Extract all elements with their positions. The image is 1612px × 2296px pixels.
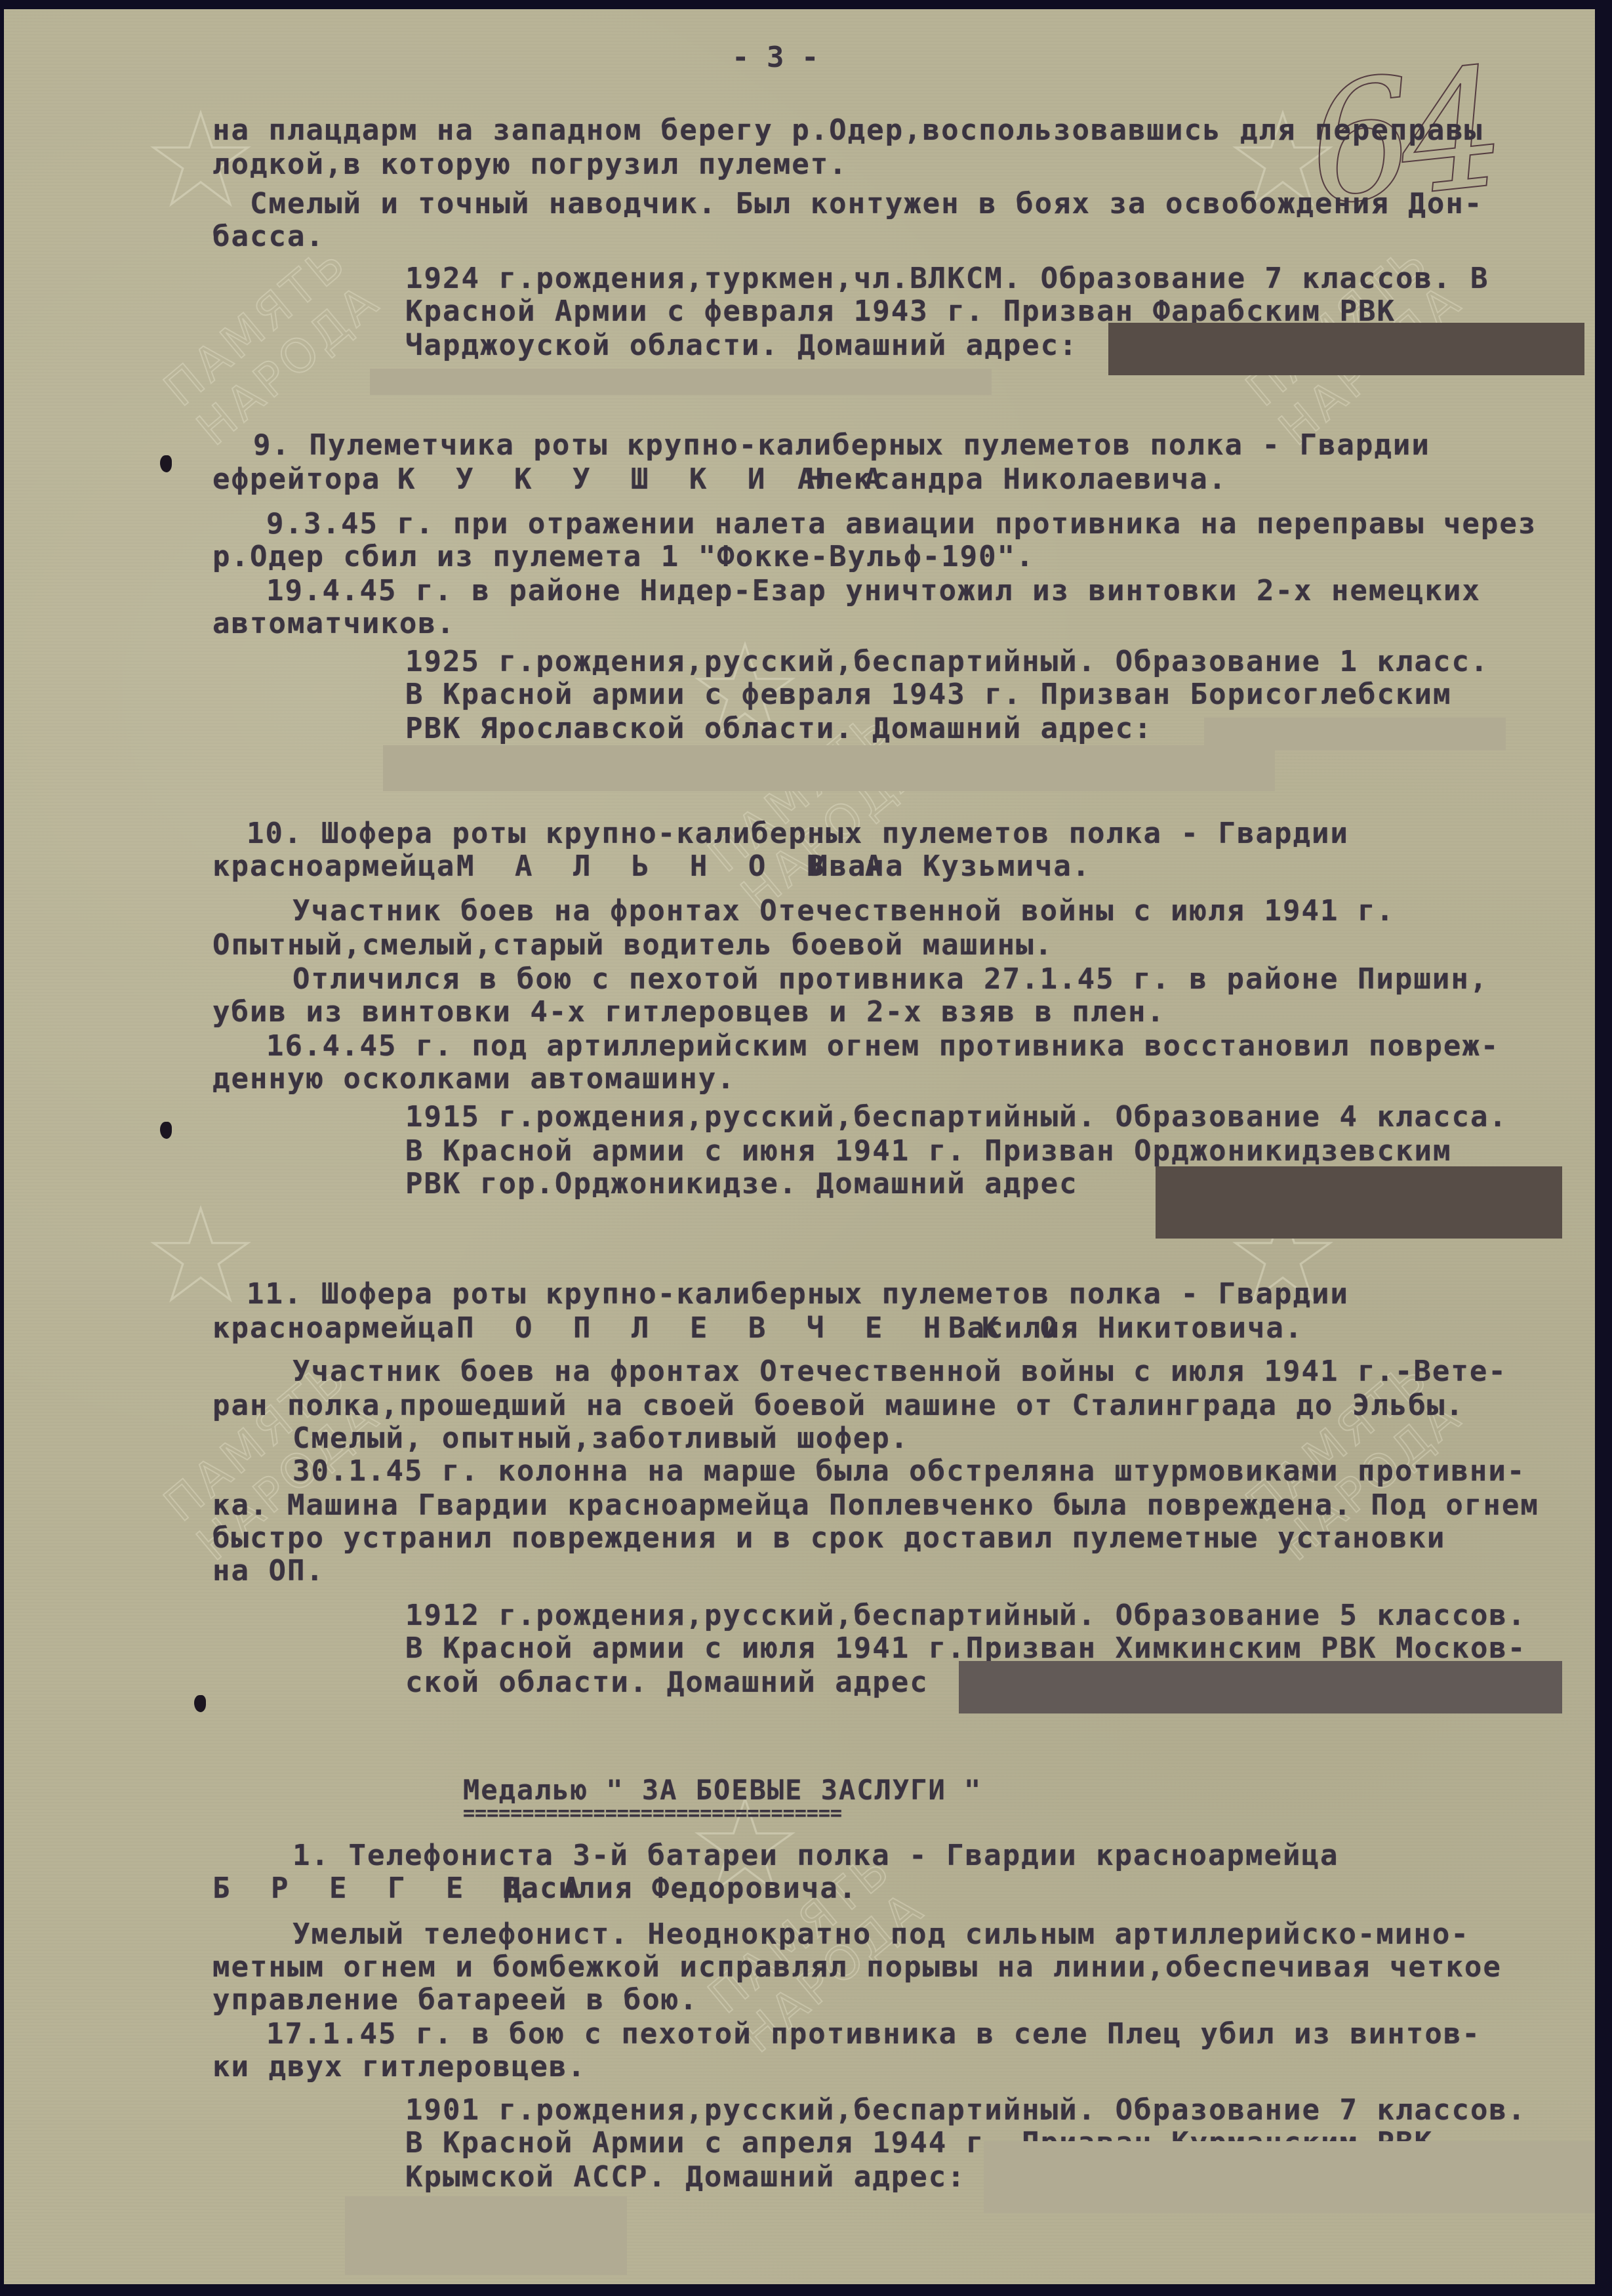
punch-hole bbox=[160, 1122, 172, 1139]
text-line: 9.3.45 г. при отражении налета авиации п… bbox=[266, 508, 1537, 541]
redacted-address bbox=[370, 369, 992, 395]
text-line: басса. bbox=[212, 220, 325, 253]
redacted-address bbox=[984, 2141, 1595, 2213]
bio-line: В Красной армии с июля 1941 г.Призван Хи… bbox=[405, 1632, 1526, 1665]
entry-given-names: Василия Никитовича. bbox=[948, 1312, 1303, 1345]
text-line: денную осколками автомашину. bbox=[212, 1063, 736, 1096]
entry-given-names: Александра Николаевича. bbox=[797, 463, 1227, 496]
entry-header: 11. Шофера роты крупно-калиберных пулеме… bbox=[247, 1278, 1349, 1311]
punch-hole bbox=[160, 455, 172, 472]
text-line: автоматчиков. bbox=[212, 607, 455, 640]
entry-given-names: Ивана Кузьмича. bbox=[811, 850, 1091, 883]
text-line: 17.1.45 г. в бою с пехотой противника в … bbox=[266, 2018, 1481, 2051]
entry-rank: ефрейтора bbox=[212, 463, 380, 496]
bio-line: Чарджоуской области. Домашний адрес: bbox=[405, 329, 1078, 362]
text-line: убив из винтовки 4-х гитлеровцев и 2-х в… bbox=[212, 996, 1165, 1029]
text-line: ки двух гитлеровцев. bbox=[212, 2051, 586, 2083]
text-line: Отличился в бою с пехотой противника 27.… bbox=[292, 963, 1488, 996]
bio-line: 1901 г.рождения,русский,беспартийный. Об… bbox=[405, 2094, 1526, 2127]
text-line: управление батареей в бою. bbox=[212, 1984, 698, 2017]
text-line: Смелый и точный наводчик. Был контужен в… bbox=[212, 188, 1483, 220]
bio-line: РВК гор.Орджоникидзе. Домашний адрес bbox=[405, 1168, 1078, 1200]
entry-header: 10. Шофера роты крупно-калиберных пулеме… bbox=[247, 817, 1349, 850]
bio-line: В Красной армии с июня 1941 г. Призван О… bbox=[405, 1135, 1451, 1168]
text-line: Опытный,смелый,старый водитель боевой ма… bbox=[212, 929, 1053, 962]
text-line: на плацдарм на западном берегу р.Одер,во… bbox=[212, 114, 1483, 147]
watermark: ПАМЯТЬ НАРОДА bbox=[155, 235, 390, 455]
bio-line: 1915 г.рождения,русский,беспартийный. Об… bbox=[405, 1101, 1508, 1134]
redacted-address bbox=[345, 2196, 627, 2275]
punch-hole bbox=[194, 1695, 206, 1712]
watermark-star-icon bbox=[148, 1203, 253, 1308]
bio-line: Крымской АССР. Домашний адрес: bbox=[405, 2161, 966, 2194]
entry-given-names: Василия Федоровича. bbox=[502, 1872, 857, 1905]
text-line: Смелый, опытный,заботливый шофер. bbox=[292, 1422, 909, 1455]
text-line: метным огнем и бомбежкой исправлял порыв… bbox=[212, 1951, 1502, 1984]
entry-rank: красноармейца bbox=[212, 1312, 455, 1345]
text-line: на ОП. bbox=[212, 1555, 325, 1588]
bio-line: ской области. Домашний адрес bbox=[405, 1666, 929, 1699]
bio-line: РВК Ярославской области. Домашний адрес: bbox=[405, 712, 1153, 745]
redacted-address bbox=[959, 1661, 1562, 1713]
text-line: лодкой,в которую погрузил пулемет. bbox=[212, 148, 848, 181]
text-line: Участник боев на фронтах Отечественной в… bbox=[292, 1355, 1507, 1388]
text-line: 16.4.45 г. под артиллерийским огнем прот… bbox=[266, 1030, 1499, 1063]
text-line: 19.4.45 г. в районе Нидер-Езар уничтожил… bbox=[266, 575, 1481, 607]
medal-section-underline: ================================ bbox=[463, 1804, 842, 1824]
watermark-line: ПАМЯТЬ bbox=[155, 235, 357, 416]
page-number: - 3 - bbox=[732, 41, 818, 74]
redacted-address bbox=[1156, 1166, 1562, 1239]
text-line: р.Одер сбил из пулемета 1 "Фокке-Вульф-1… bbox=[212, 541, 1035, 573]
text-line: ка. Машина Гвардии красноармейца Поплевч… bbox=[212, 1489, 1539, 1522]
text-line: ран полка,прошедший на своей боевой маши… bbox=[212, 1389, 1464, 1422]
document-page: ПАМЯТЬ НАРОДА ПАМЯТЬ НАРОДА ПАМЯТЬ НАРОД… bbox=[4, 9, 1595, 2286]
scan-border bbox=[0, 2284, 1612, 2296]
bio-line: 1924 г.рождения,туркмен,чл.ВЛКСМ. Образо… bbox=[405, 262, 1489, 295]
redacted-address bbox=[383, 745, 1275, 791]
redacted-address bbox=[1108, 323, 1584, 375]
bio-line: 1912 г.рождения,русский,беспартийный. Об… bbox=[405, 1599, 1526, 1632]
text-line: 30.1.45 г. колонна на марше была обстрел… bbox=[292, 1455, 1525, 1488]
entry-header: 9. Пулеметчика роты крупно-калиберных пу… bbox=[253, 429, 1430, 462]
entry-header: 1. Телефониста 3-й батареи полка - Гвард… bbox=[292, 1839, 1339, 1872]
entry-rank: красноармейца bbox=[212, 850, 455, 883]
text-line: Участник боев на фронтах Отечественной в… bbox=[292, 895, 1395, 928]
bio-line: В Красной армии с февраля 1943 г. Призва… bbox=[405, 678, 1451, 711]
text-line: быстро устранил повреждения и в срок дос… bbox=[212, 1522, 1445, 1555]
text-line: Умелый телефонист. Неоднократно под силь… bbox=[292, 1918, 1470, 1951]
bio-line: 1925 г.рождения,русский,беспартийный. Об… bbox=[405, 646, 1489, 678]
